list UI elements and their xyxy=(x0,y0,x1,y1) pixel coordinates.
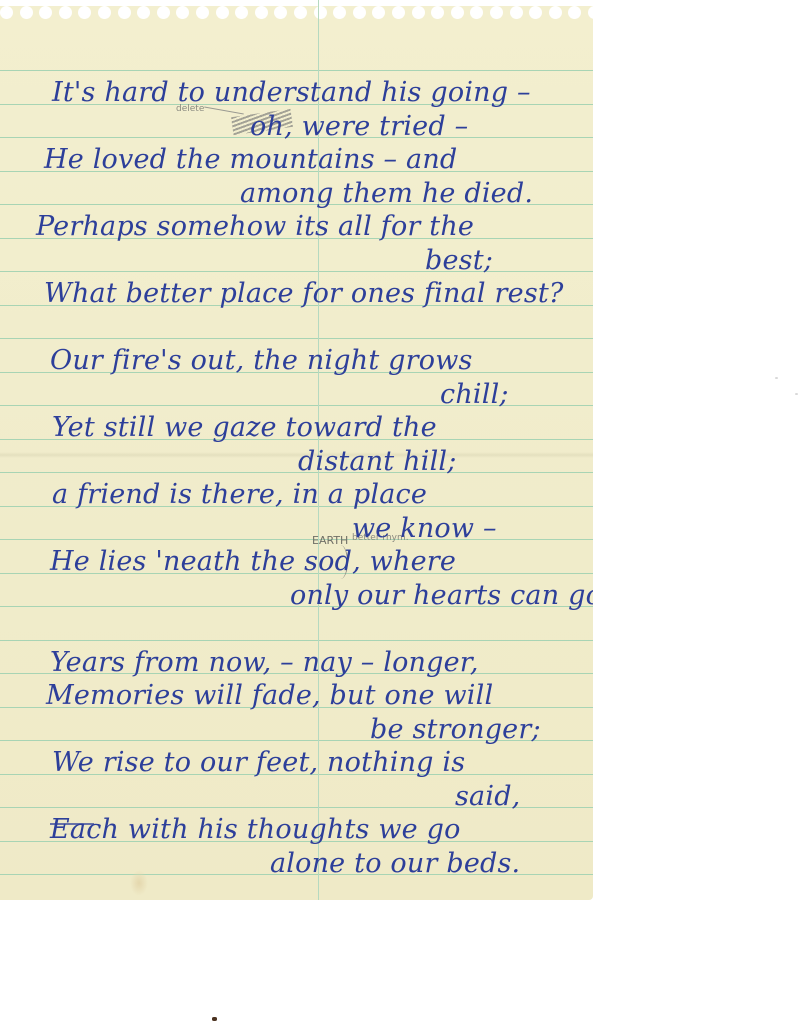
poem-line: We rise to our feet, nothing is xyxy=(52,748,465,778)
poem-line: Perhaps somehow its all for the xyxy=(36,212,474,242)
poem-line: What better place for ones final rest? xyxy=(44,279,564,309)
ruled-line xyxy=(0,640,593,641)
poem-line: Years from now, – nay – longer, xyxy=(50,648,479,678)
perforation-hole xyxy=(588,6,593,19)
scan-dust xyxy=(775,377,778,379)
poem-line: alone to our beds. xyxy=(270,849,520,879)
perforation-hole xyxy=(255,6,268,19)
poem-line: among them he died. xyxy=(240,179,533,209)
poem-line: Yet still we gaze toward the xyxy=(52,413,437,443)
perforation-hole xyxy=(510,6,523,19)
perforation-hole xyxy=(39,6,52,19)
perforation-hole xyxy=(314,6,327,19)
poem-line: best; xyxy=(425,246,493,276)
ruled-line xyxy=(0,539,593,540)
perforation-hole xyxy=(372,6,385,19)
poem-line: be stronger; xyxy=(370,715,541,745)
perforation-holes xyxy=(0,0,593,24)
notebook-page: delete EARTH better rhym. It's hard to u… xyxy=(0,0,593,900)
perforation-hole xyxy=(274,6,287,19)
scan-dust xyxy=(795,393,798,395)
perforation-hole xyxy=(549,6,562,19)
perforation-hole xyxy=(412,6,425,19)
perforation-hole xyxy=(529,6,542,19)
perforation-hole xyxy=(157,6,170,19)
ruled-line xyxy=(0,338,593,339)
poem-line: said, xyxy=(455,782,520,812)
perforation-hole xyxy=(98,6,111,19)
poem-line: chill; xyxy=(440,380,509,410)
poem-line: It's hard to understand his going – xyxy=(52,78,531,108)
perforation-hole xyxy=(568,6,581,19)
poem-line: distant hill; xyxy=(298,447,457,477)
perforation-hole xyxy=(431,6,444,19)
perforation-hole xyxy=(294,6,307,19)
poem-line: He lies 'neath the sod, where xyxy=(50,547,456,577)
perforation-hole xyxy=(59,6,72,19)
paper-stain xyxy=(130,870,148,896)
perforation-hole xyxy=(470,6,483,19)
poem-line: Each with his thoughts we go xyxy=(50,815,461,845)
poem-line: Our fire's out, the night grows xyxy=(50,346,473,376)
poem-line: a friend is there, in a place xyxy=(52,480,427,510)
perforation-hole xyxy=(137,6,150,19)
paper-fold-crease xyxy=(0,452,593,458)
perforation-hole xyxy=(490,6,503,19)
perforation-hole xyxy=(118,6,131,19)
perforation-hole xyxy=(20,6,33,19)
poem-line: oh, were tried – xyxy=(250,112,468,142)
poem-line: Memories will fade, but one will xyxy=(46,681,493,711)
perforation-hole xyxy=(216,6,229,19)
ruled-line xyxy=(0,472,593,473)
perforation-hole xyxy=(333,6,346,19)
ruled-line xyxy=(0,271,593,272)
perforation-hole xyxy=(176,6,189,19)
perforation-hole xyxy=(0,6,13,19)
scan-speck xyxy=(212,1017,217,1021)
poem-line: we know – xyxy=(352,514,497,544)
poem-line: He loved the mountains – and xyxy=(44,145,457,175)
perforation-hole xyxy=(451,6,464,19)
poem-line: only our hearts can go. xyxy=(290,581,593,611)
perforation-hole xyxy=(78,6,91,19)
perforation-hole xyxy=(353,6,366,19)
perforation-hole xyxy=(392,6,405,19)
perforation-hole xyxy=(196,6,209,19)
perforation-hole xyxy=(235,6,248,19)
ruled-line xyxy=(0,70,593,71)
